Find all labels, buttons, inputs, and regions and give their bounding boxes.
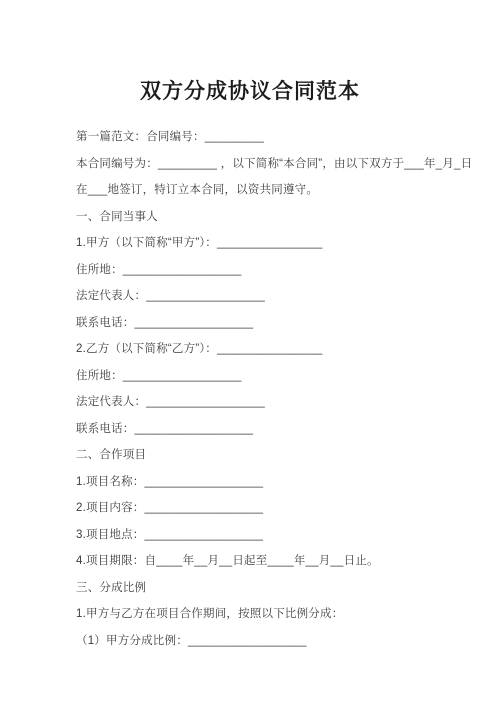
document-line: 1.甲方与乙方在项目合作期间，按照以下比例分成：: [76, 601, 442, 628]
document-line: 三、分成比例: [76, 575, 442, 602]
document-line: 2.项目内容：__________________: [76, 495, 442, 522]
document-line: 二、合作项目: [76, 442, 442, 469]
contract-document-page: 双方分成协议合同范本 第一篇范文：合同编号：_________本合同编号为：__…: [0, 0, 500, 707]
document-line: 法定代表人：__________________: [76, 389, 442, 416]
document-body: 第一篇范文：合同编号：_________本合同编号为：_________ ，以下…: [0, 106, 500, 654]
document-line: 联系电话：__________________: [76, 416, 442, 443]
document-line: 4.项目期限：自____年__月__日起至____年__月__日止。: [76, 548, 442, 575]
document-line: 本合同编号为：_________ ，以下简称“本合同”，由以下双方于___年_月…: [76, 151, 442, 178]
document-line: 住所地：__________________: [76, 363, 442, 390]
document-line: 第一篇范文：合同编号：_________: [76, 124, 442, 151]
document-line: 住所地：__________________: [76, 257, 442, 284]
document-line: 1.项目名称：__________________: [76, 469, 442, 496]
document-line: 联系电话：__________________: [76, 310, 442, 337]
document-title: 双方分成协议合同范本: [0, 0, 500, 106]
document-line: 一、合同当事人: [76, 204, 442, 231]
document-line: 1.甲方（以下简称“甲方”）：________________: [76, 230, 442, 257]
document-line: 2.乙方（以下简称“乙方”）：________________: [76, 336, 442, 363]
document-line: 在___地签订，特订立本合同，以资共同遵守。: [76, 177, 442, 204]
document-line: 法定代表人：__________________: [76, 283, 442, 310]
document-line: 3.项目地点：__________________: [76, 522, 442, 549]
document-line: （1）甲方分成比例：__________________: [76, 628, 442, 655]
